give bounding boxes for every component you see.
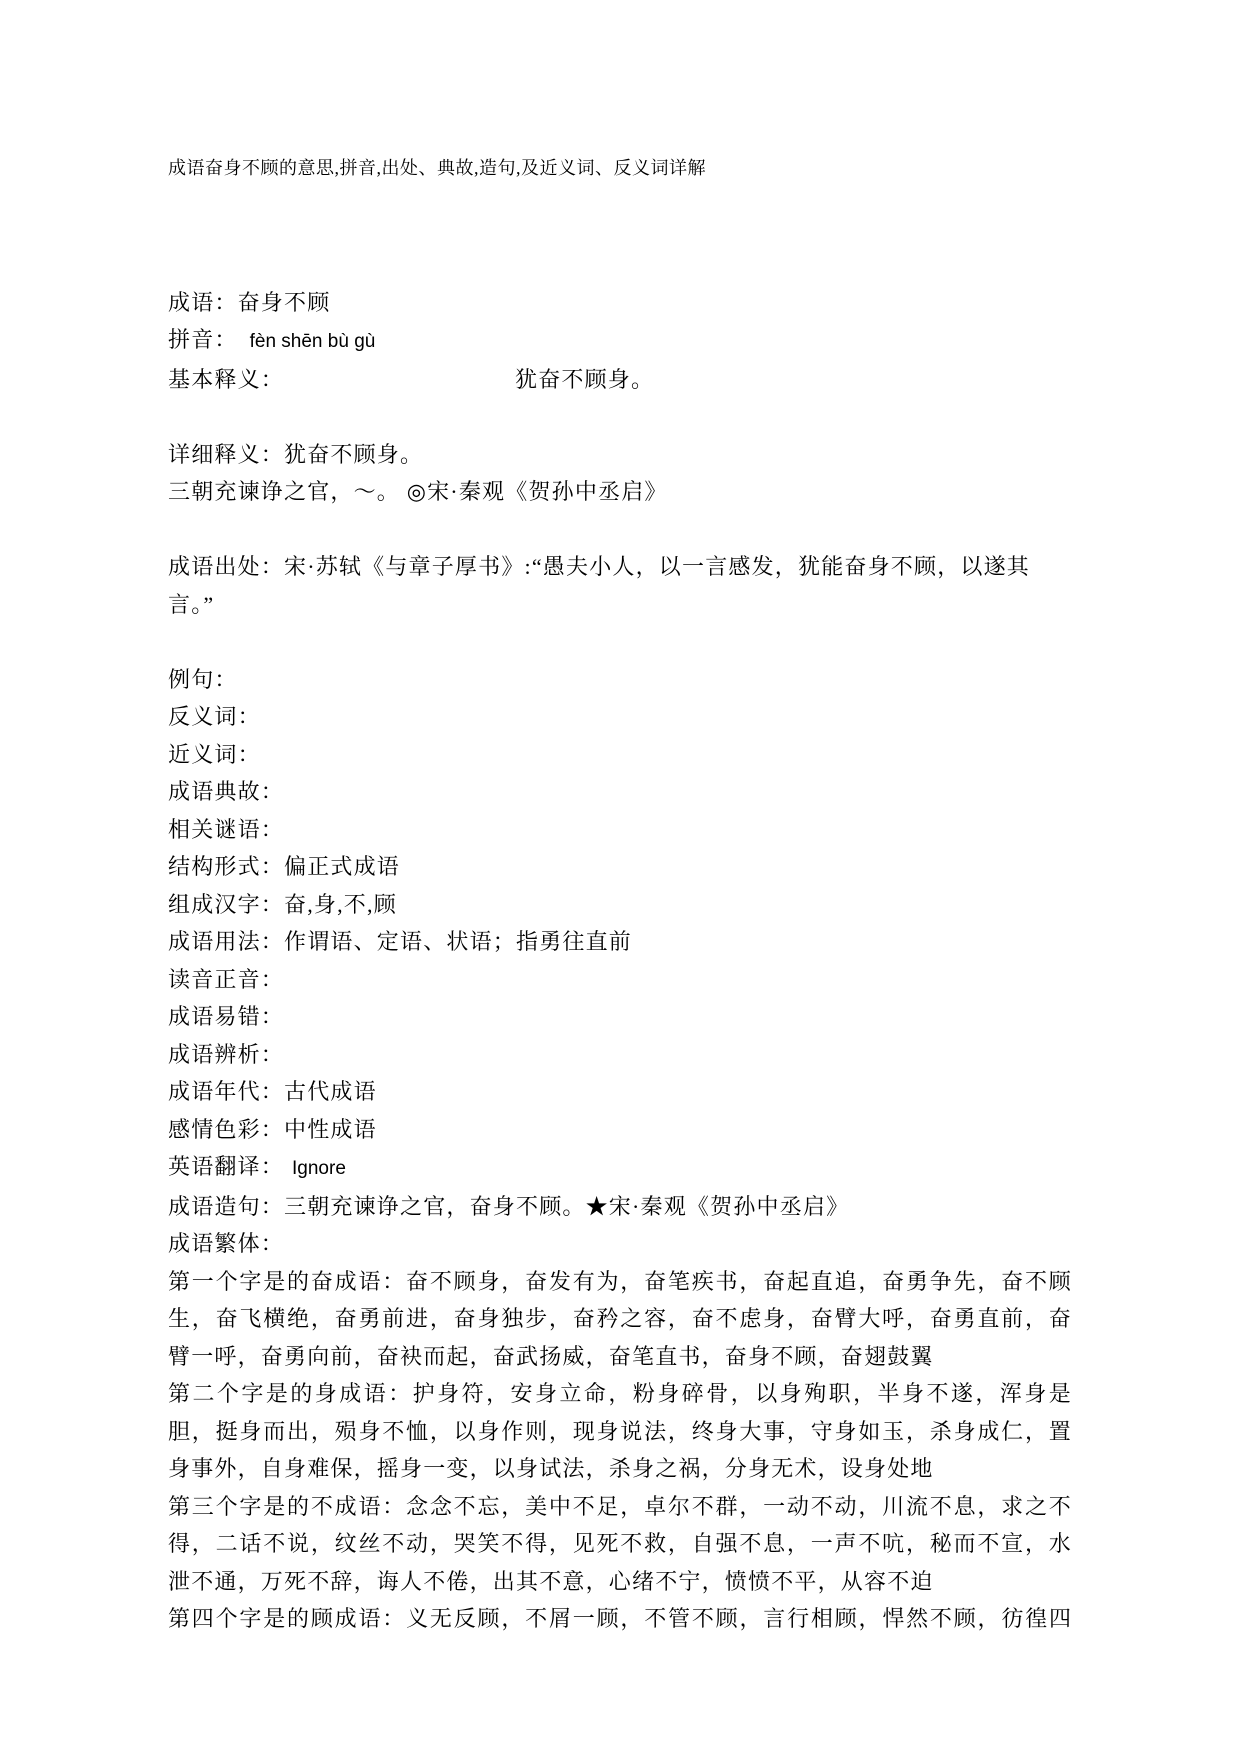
spacer [168,511,1072,549]
english-translation-label: 英语翻译： [168,1154,284,1179]
spacer [168,398,1072,436]
field-line-usage: 成语用法：作谓语、定语、状语；指勇往直前 [168,923,1072,961]
paragraph-third-char: 第三个字是的不成语：念念不忘，美中不足，卓尔不群，一动不动，川流不息，求之不得，… [168,1488,1072,1601]
pinyin-value: fèn shēn bù gù [250,331,376,352]
field-line-common-mistakes: 成语易错： [168,998,1072,1036]
sentence-line: 成语造句：三朝充谏诤之官，奋身不顾。★宋·秦观《贺孙中丞启》 [168,1188,1072,1226]
traditional-line: 成语繁体： [168,1225,1072,1263]
english-translation-value: Ignore [292,1158,346,1179]
paragraph-fourth-char: 第四个字是的顾成语：义无反顾，不屑一顾，不管不顾，言行相顾，悍然不顾，彷徨四 [168,1600,1072,1638]
detailed-example-line: 三朝充谏诤之官，～。 ◎宋·秦观《贺孙中丞启》 [168,473,1072,511]
idiom-heading: 成语：奋身不顾 [168,284,1072,322]
field-line-pronunciation: 读音正音： [168,961,1072,999]
field-line-antonym: 反义词： [168,698,1072,736]
basic-definition-value: 犹奋不顾身。 [515,361,654,399]
english-translation-line: 英语翻译：Ignore [168,1148,1072,1188]
pinyin-label: 拼音： [168,327,238,352]
basic-definition-label: 基本释义： [168,367,284,392]
paragraph-second-char: 第二个字是的身成语：护身符，安身立命，粉身碎骨，以身殉职，半身不遂，浑身是胆，挺… [168,1375,1072,1488]
paragraph-first-char: 第一个字是的奋成语：奋不顾身，奋发有为，奋笔疾书，奋起直追，奋勇争先，奋不顾生，… [168,1263,1072,1376]
page-title: 成语奋身不顾的意思,拼音,出处、典故,造句,及近义词、反义词详解 [168,150,1072,188]
field-line-characters: 组成汉字：奋,身,不,顾 [168,886,1072,924]
field-line-discrimination: 成语辨析： [168,1036,1072,1074]
pinyin-line: 拼音：fèn shēn bù gù [168,321,1072,361]
detailed-definition-line: 详细释义：犹奋不顾身。 [168,436,1072,474]
text-block: 成语奋身不顾的意思,拼音,出处、典故,造句,及近义词、反义词详解 成语：奋身不顾… [168,0,1072,1638]
field-line-riddle: 相关谜语： [168,811,1072,849]
field-line-example: 例句： [168,661,1072,699]
field-line-structure: 结构形式：偏正式成语 [168,848,1072,886]
field-line-synonym: 近义词： [168,736,1072,774]
basic-definition-line: 基本释义：犹奋不顾身。 [168,361,1072,399]
spacer [168,623,1072,661]
field-line-sentiment: 感情色彩：中性成语 [168,1111,1072,1149]
document-page: 成语奋身不顾的意思,拼音,出处、典故,造句,及近义词、反义词详解 成语：奋身不顾… [0,0,1240,1753]
field-line-era: 成语年代：古代成语 [168,1073,1072,1111]
field-line-allusion: 成语典故： [168,773,1072,811]
source-line: 成语出处：宋·苏轼《与章子厚书》:“愚夫小人，以一言感发，犹能奋身不顾，以遂其言… [168,548,1072,623]
